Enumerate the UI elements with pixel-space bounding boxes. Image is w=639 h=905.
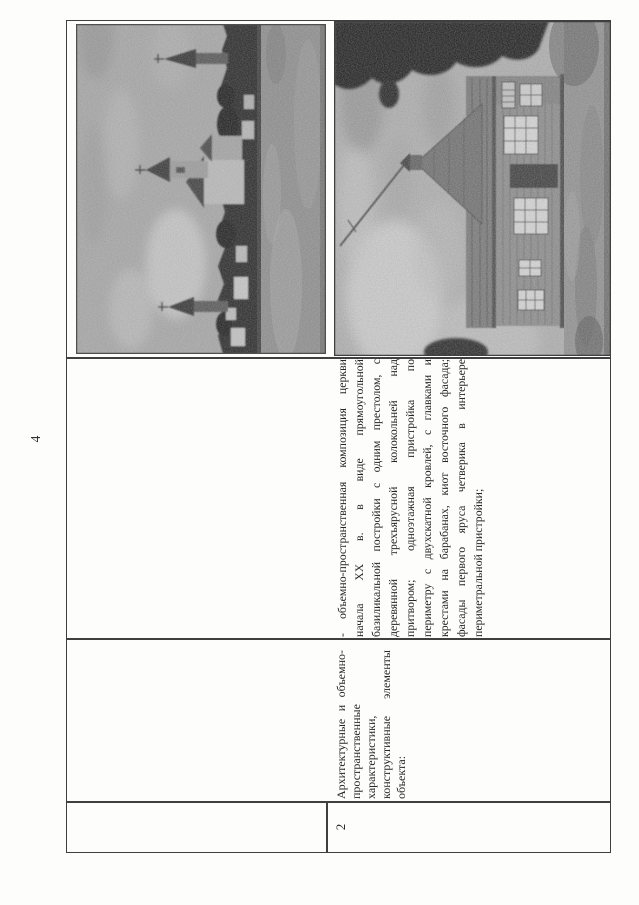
photo-church-panorama-image [76,24,326,354]
description-cell: - объемно-пространственная композиция це… [334,359,487,637]
description-line: крестами на барабанах, киот восточного ф… [436,359,453,637]
description-line: деревянной трехъярусной колокольней над [385,359,402,637]
label-line: пространственные [349,650,364,799]
characteristics-table: 2 Архитектурные и объемно- пространствен… [66,20,611,853]
scanned-document-page: 4 2 Архитектурные и объемно- пространств… [0,0,639,905]
photo-wooden-church-image [334,21,611,356]
label-line: характеристики, [364,650,379,799]
label-line: объекта: [394,650,409,799]
description-line: притвором; одноэтажная пристройка по [402,359,419,637]
label-line: Архитектурные и объемно- [334,650,349,799]
row-number-cell: 2 [333,814,348,840]
table-row-divider-col1 [326,803,328,852]
table-border-col2 [67,639,610,641]
description-line: периметру с двухскатной кровлей, с главк… [419,359,436,637]
table-border-col1 [67,802,610,804]
description-line: - объемно-пространственная композиция це… [334,359,351,637]
photo-church-panorama [76,24,326,354]
description-line: периметральной пристройки; [470,359,487,637]
label-line: конструктивные элементы [379,650,394,799]
row-label-cell: Архитектурные и объемно- пространственны… [334,650,409,799]
photo-wooden-church [334,21,611,356]
rotated-page-content: 4 2 Архитектурные и объемно- пространств… [0,0,639,905]
description-line: фасады первого яруса четверика в интерье… [453,359,470,637]
description-line: базиликальной постройки с одним престоло… [368,359,385,637]
page-number: 4 [28,429,44,449]
description-line: начала XX в. в виде прямоугольной [351,359,368,637]
